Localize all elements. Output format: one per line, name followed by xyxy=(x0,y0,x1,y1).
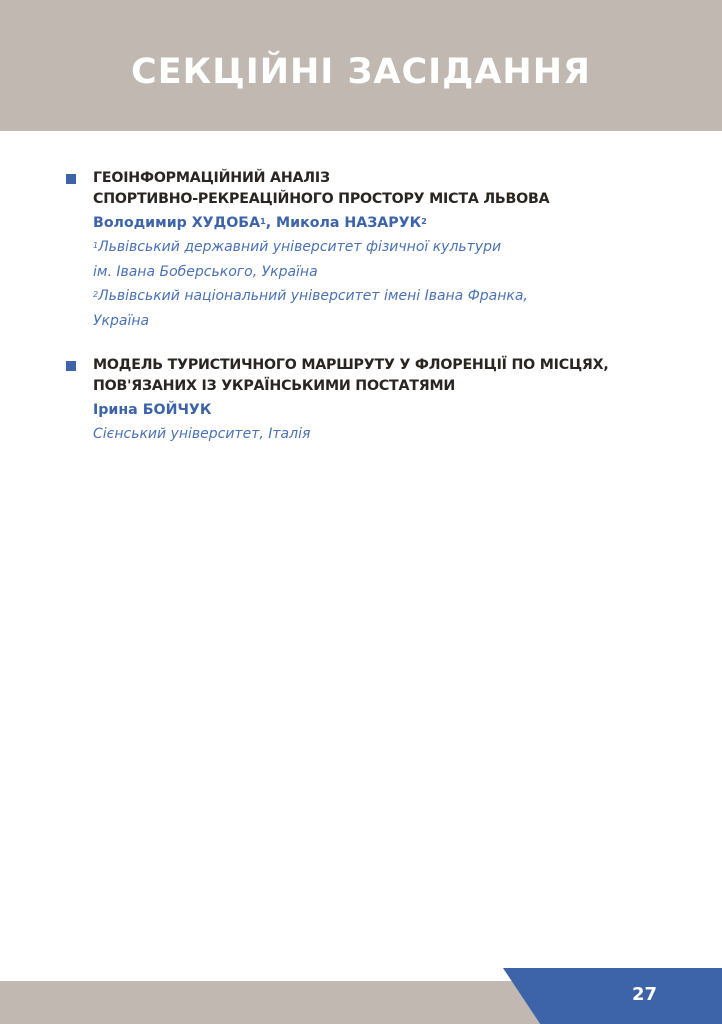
entry-title: МОДЕЛЬ ТУРИСТИЧНОГО МАРШРУТУ У ФЛОРЕНЦІЇ… xyxy=(93,355,722,397)
entry-authors: Ірина БОЙЧУК xyxy=(93,398,722,422)
affiliation-line: Львівський державний університет фізично… xyxy=(98,239,501,255)
page-number: 27 xyxy=(0,984,722,1005)
entry-2: МОДЕЛЬ ТУРИСТИЧНОГО МАРШРУТУ У ФЛОРЕНЦІЇ… xyxy=(0,355,722,447)
affiliation-line: Сієнський університет, Італія xyxy=(93,426,310,442)
author-affiliation-mark: 1 xyxy=(260,217,266,226)
author-affiliation-mark: 2 xyxy=(421,217,427,226)
square-bullet-icon xyxy=(66,174,76,184)
entry-authors: Володимир ХУДОБА1, Микола НАЗАРУК2 xyxy=(93,211,722,235)
section-title: СЕКЦІЙНІ ЗАСІДАННЯ xyxy=(0,52,722,92)
entry-title: ГЕОІНФОРМАЦІЙНИЙ АНАЛІЗ СПОРТИВНО-РЕКРЕА… xyxy=(93,168,722,210)
author-name: Микола НАЗАРУК xyxy=(276,215,421,231)
author-separator: , xyxy=(266,215,276,231)
square-bullet-icon xyxy=(66,361,76,371)
affiliation-continuation: ім. Івана Боберського, Україна xyxy=(93,260,722,285)
affiliation: 2Львівський національний університет іме… xyxy=(93,284,722,309)
affiliation: Сієнський університет, Італія xyxy=(93,422,722,447)
affiliation-line: ім. Івана Боберського, Україна xyxy=(93,264,318,280)
author-name: Володимир ХУДОБА xyxy=(93,215,260,231)
affiliation-line: Україна xyxy=(93,313,149,329)
affiliation-line: Львівський національний університет імен… xyxy=(98,288,528,304)
page-header-band: СЕКЦІЙНІ ЗАСІДАННЯ xyxy=(0,0,722,131)
entry-title-line: ПОВ'ЯЗАНИХ ІЗ УКРАЇНСЬКИМИ ПОСТАТЯМИ xyxy=(93,376,722,397)
affiliation-continuation: Україна xyxy=(93,309,722,334)
author-name: Ірина БОЙЧУК xyxy=(93,402,211,418)
entry-title-line: СПОРТИВНО-РЕКРЕАЦІЙНОГО ПРОСТОРУ МІСТА Л… xyxy=(93,189,722,210)
entry-title-line: ГЕОІНФОРМАЦІЙНИЙ АНАЛІЗ xyxy=(93,168,722,189)
entry-1: ГЕОІНФОРМАЦІЙНИЙ АНАЛІЗ СПОРТИВНО-РЕКРЕА… xyxy=(0,168,722,333)
affiliation-mark: 2 xyxy=(93,290,98,299)
session-entries: ГЕОІНФОРМАЦІЙНИЙ АНАЛІЗ СПОРТИВНО-РЕКРЕА… xyxy=(0,168,722,469)
affiliation-mark: 1 xyxy=(93,241,98,250)
affiliation: 1Львівський державний університет фізичн… xyxy=(93,235,722,260)
entry-title-line: МОДЕЛЬ ТУРИСТИЧНОГО МАРШРУТУ У ФЛОРЕНЦІЇ… xyxy=(93,355,722,376)
